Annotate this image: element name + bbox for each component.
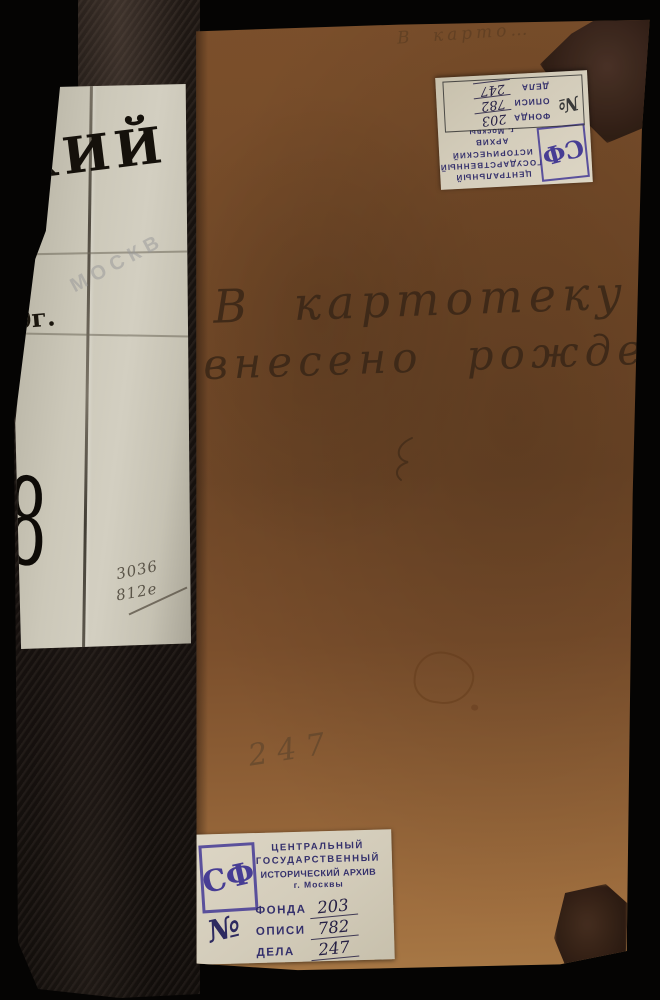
sf-stamp-text: СФ [199,855,258,901]
spine-label-crease [14,332,191,337]
row-label: ФОНДА [512,111,550,123]
row-value: 247 [310,937,359,962]
inscription-line-1: В картотеку [212,264,660,334]
fond-rows: ФОНДА 203 ОПИСИ 782 ДЕЛА 247 [255,895,391,962]
fond-box: № ФОНДА 203 ОПИСИ 782 ДЕЛА 247 [442,74,584,132]
row-label: ДЕЛА [511,81,549,93]
flourish-mark [388,434,422,484]
spine-label: КИЙ МОСКВ 0г. 8 3036 812е [14,84,191,649]
row-label: ОПИСИ [256,925,310,939]
row-label: ОПИСИ [511,96,549,108]
sf-stamp: СФ [537,123,590,182]
inscription-line-2: внесено рождение [202,324,660,389]
archive-header: ЦЕНТРАЛЬНЫЙ ГОСУДАРСТВЕННЫЙ ИСТОРИЧЕСКИЙ… [251,839,384,892]
spine-number-fragment: 8 [4,462,49,586]
fond-rows: ФОНДА 203 ОПИСИ 782 ДЕЛА 247 [446,79,551,129]
stain-ring [411,648,478,708]
front-cover: В карто… СФ ЦЕНТРАЛЬНЫЙ ГОСУДАРСТВЕННЫЙ … [192,16,652,974]
spine-pencil-note-2: 812е [115,580,159,605]
numero-sign: № [556,91,581,117]
spine-year-fragment: 0г. [13,302,57,334]
archive-header: ЦЕНТРАЛЬНЫЙ ГОСУДАРСТВЕННЫЙ ИСТОРИЧЕСКИЙ… [442,123,543,183]
book-cover-photo: КИЙ МОСКВ 0г. 8 3036 812е В карто… СФ ЦЕ… [0,0,660,1000]
pencil-number: 247 [246,725,338,773]
row-label: ФОНДА [255,904,309,918]
handwritten-inscription: В картотеку внесено рождение [200,264,660,389]
sf-stamp-text: СФ [539,133,587,172]
damage-patch-bottom-right [554,884,628,974]
row-label: ДЕЛА [256,946,310,960]
archival-label-bottom: СФ ЦЕНТРАЛЬНЫЙ ГОСУДАРСТВЕННЫЙ ИСТОРИЧЕС… [191,829,395,965]
faint-pencil-inscription: В карто… [396,19,531,48]
sf-stamp: СФ [198,842,258,913]
numero-sign: № [204,909,244,951]
delo-row: ДЕЛА 247 [256,937,391,962]
spine-title-fragment: КИЙ [9,115,170,192]
spine-watermark-text: МОСКВ [67,229,169,298]
archival-label-top: СФ ЦЕНТРАЛЬНЫЙ ГОСУДАРСТВЕННЫЙ ИСТОРИЧЕС… [435,70,593,190]
